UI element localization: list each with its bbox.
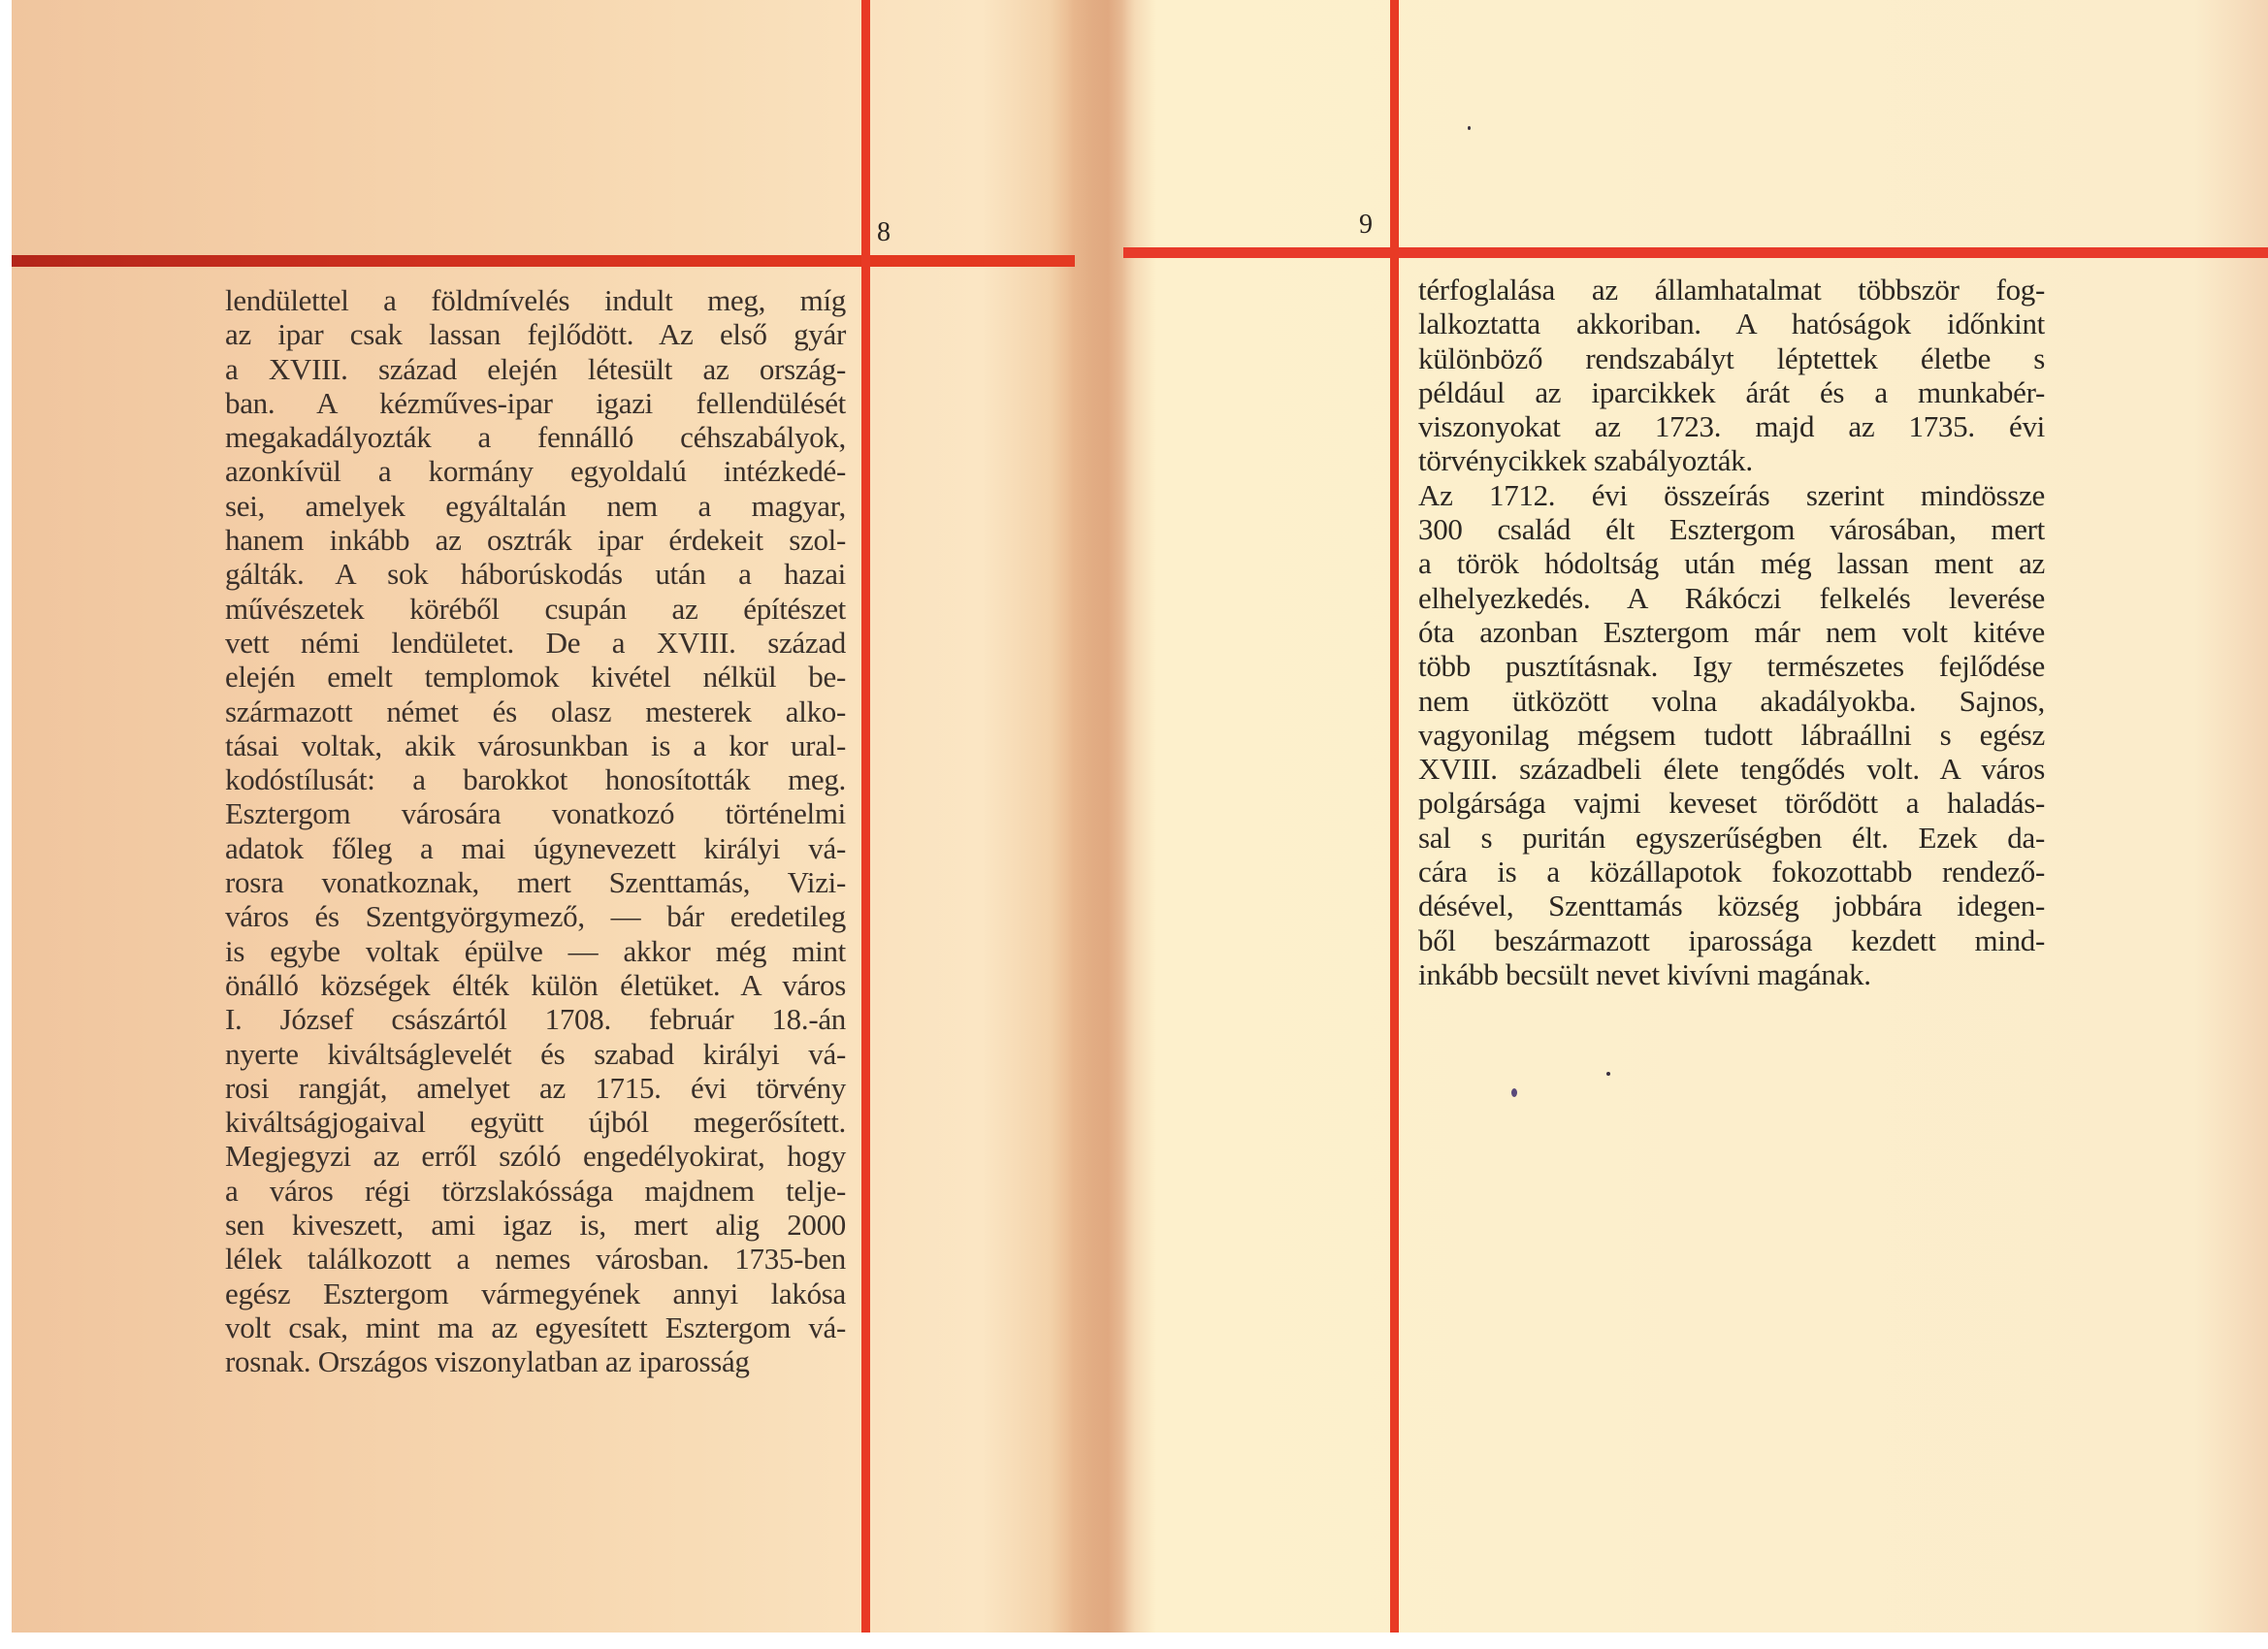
text-line: vett némi lendületet. De a XVIII. század — [225, 626, 846, 660]
text-line: származott német és olasz mesterek alko- — [225, 695, 846, 728]
text-line: ből beszármazott iparossága kezdett mind… — [1418, 923, 2045, 957]
right-page-margin-rule — [1390, 0, 1399, 1633]
text-line: óta azonban Esztergom már nem volt kitév… — [1418, 615, 2045, 649]
text-line: tásai voltak, akik városunkban is a kor … — [225, 728, 846, 762]
text-line: nem ütközött volna akadályokba. Sajnos, — [1418, 684, 2045, 718]
text-line: elején emelt templomok kivétel nélkül be… — [225, 660, 846, 694]
text-line: azonkívül a kormány egyoldalú intézkedé- — [225, 454, 846, 488]
text-line: térfoglalása az államhatalmat többször f… — [1418, 273, 2045, 307]
text-line: több pusztításnak. Igy természetes fejlő… — [1418, 649, 2045, 683]
text-line: például az iparcikkek árát és a munkabér… — [1418, 375, 2045, 409]
text-line: inkább becsült nevet kivívni magának. — [1418, 957, 2045, 991]
right-page-header-rule — [1123, 247, 2268, 258]
ink-speck — [1511, 1088, 1517, 1097]
text-line: rosnak. Országos viszonylatban az iparos… — [225, 1344, 846, 1378]
text-line: cára is a közállapotok fokozottabb rende… — [1418, 855, 2045, 889]
text-line: désével, Szenttamás község jobbára idege… — [1418, 889, 2045, 922]
text-line: kodóstílusát: a barokkot honosították me… — [225, 762, 846, 796]
text-line: lalkoztatta akkoriban. A hatóságok időnk… — [1418, 307, 2045, 340]
text-line: kiváltságjogaival együtt újból megerősít… — [225, 1105, 846, 1139]
text-line: művészetek köréből csupán az építészet — [225, 592, 846, 626]
spine-shadow — [1067, 0, 1135, 1633]
text-line: hanem inkább az osztrák ipar érdekeit sz… — [225, 523, 846, 557]
text-line: önálló községek élték külön életüket. A … — [225, 968, 846, 1002]
text-line: rosra vonatkoznak, mert Szenttamás, Vizi… — [225, 865, 846, 899]
right-page-number: 9 — [1359, 211, 1373, 239]
text-line: ban. A kézműves-ipar igazi fellendülését — [225, 386, 846, 420]
text-line: sal s puritán egyszerűségben élt. Ezek d… — [1418, 821, 2045, 855]
text-line: a török hódoltság után még lassan ment a… — [1418, 546, 2045, 580]
text-line: lendülettel a földmívelés indult meg, mí… — [225, 283, 846, 317]
left-page-header-rule — [12, 255, 1075, 267]
text-line: az ipar csak lassan fejlődött. Az első g… — [225, 317, 846, 351]
text-line: a XVIII. század elején létesült az orszá… — [225, 352, 846, 386]
right-page-body: térfoglalása az államhatalmat többször f… — [1418, 273, 2045, 991]
text-line: adatok főleg a mai úgynevezett királyi v… — [225, 831, 846, 865]
text-line: 300 család élt Esztergom városában, mert — [1418, 512, 2045, 546]
text-line: rosi rangját, amelyet az 1715. évi törvé… — [225, 1071, 846, 1105]
ink-speck — [1468, 126, 1471, 130]
ink-speck — [1606, 1072, 1610, 1076]
text-line: sen kiveszett, ami igaz is, mert alig 20… — [225, 1208, 846, 1242]
left-page-number: 8 — [877, 219, 891, 246]
text-line: nyerte kiváltságlevelét és szabad király… — [225, 1037, 846, 1071]
text-line: város és Szentgyörgymező, — bár eredetil… — [225, 899, 846, 933]
text-line: polgársága vajmi keveset törődött a hala… — [1418, 786, 2045, 820]
text-line: Az 1712. évi összeírás szerint mindössze — [1418, 478, 2045, 512]
text-line: sei, amelyek egyáltalán nem a magyar, — [225, 489, 846, 523]
text-line: viszonyokat az 1723. majd az 1735. évi — [1418, 409, 2045, 443]
text-line: megakadályozták a fennálló céhszabályok, — [225, 420, 846, 454]
text-line: Esztergom városára vonatkozó történelmi — [225, 796, 846, 830]
text-line: a város régi törzslakóssága majdnem telj… — [225, 1174, 846, 1208]
left-page-margin-rule — [861, 0, 870, 1633]
text-line: volt csak, mint ma az egyesített Eszterg… — [225, 1310, 846, 1344]
text-line: lélek találkozott a nemes városban. 1735… — [225, 1242, 846, 1276]
left-page-body: lendülettel a földmívelés indult meg, mí… — [225, 283, 846, 1379]
text-line: is egybe voltak épülve — akkor még mint — [225, 934, 846, 968]
text-line: XVIII. századbeli élete tengődés volt. A… — [1418, 752, 2045, 786]
text-line: elhelyezkedés. A Rákóczi felkelés leveré… — [1418, 581, 2045, 615]
text-line: törvénycikkek szabályozták. — [1418, 443, 2045, 477]
text-line: Megjegyzi az erről szóló engedélyokirat,… — [225, 1139, 846, 1173]
text-line: vagyonilag mégsem tudott lábraállni s eg… — [1418, 718, 2045, 752]
text-line: egész Esztergom vármegyének annyi lakósa — [225, 1277, 846, 1310]
text-line: gálták. A sok háborúskodás után a hazai — [225, 557, 846, 591]
text-line: különböző rendszabályt léptettek életbe … — [1418, 341, 2045, 375]
text-line: I. József császártól 1708. február 18.-á… — [225, 1002, 846, 1036]
